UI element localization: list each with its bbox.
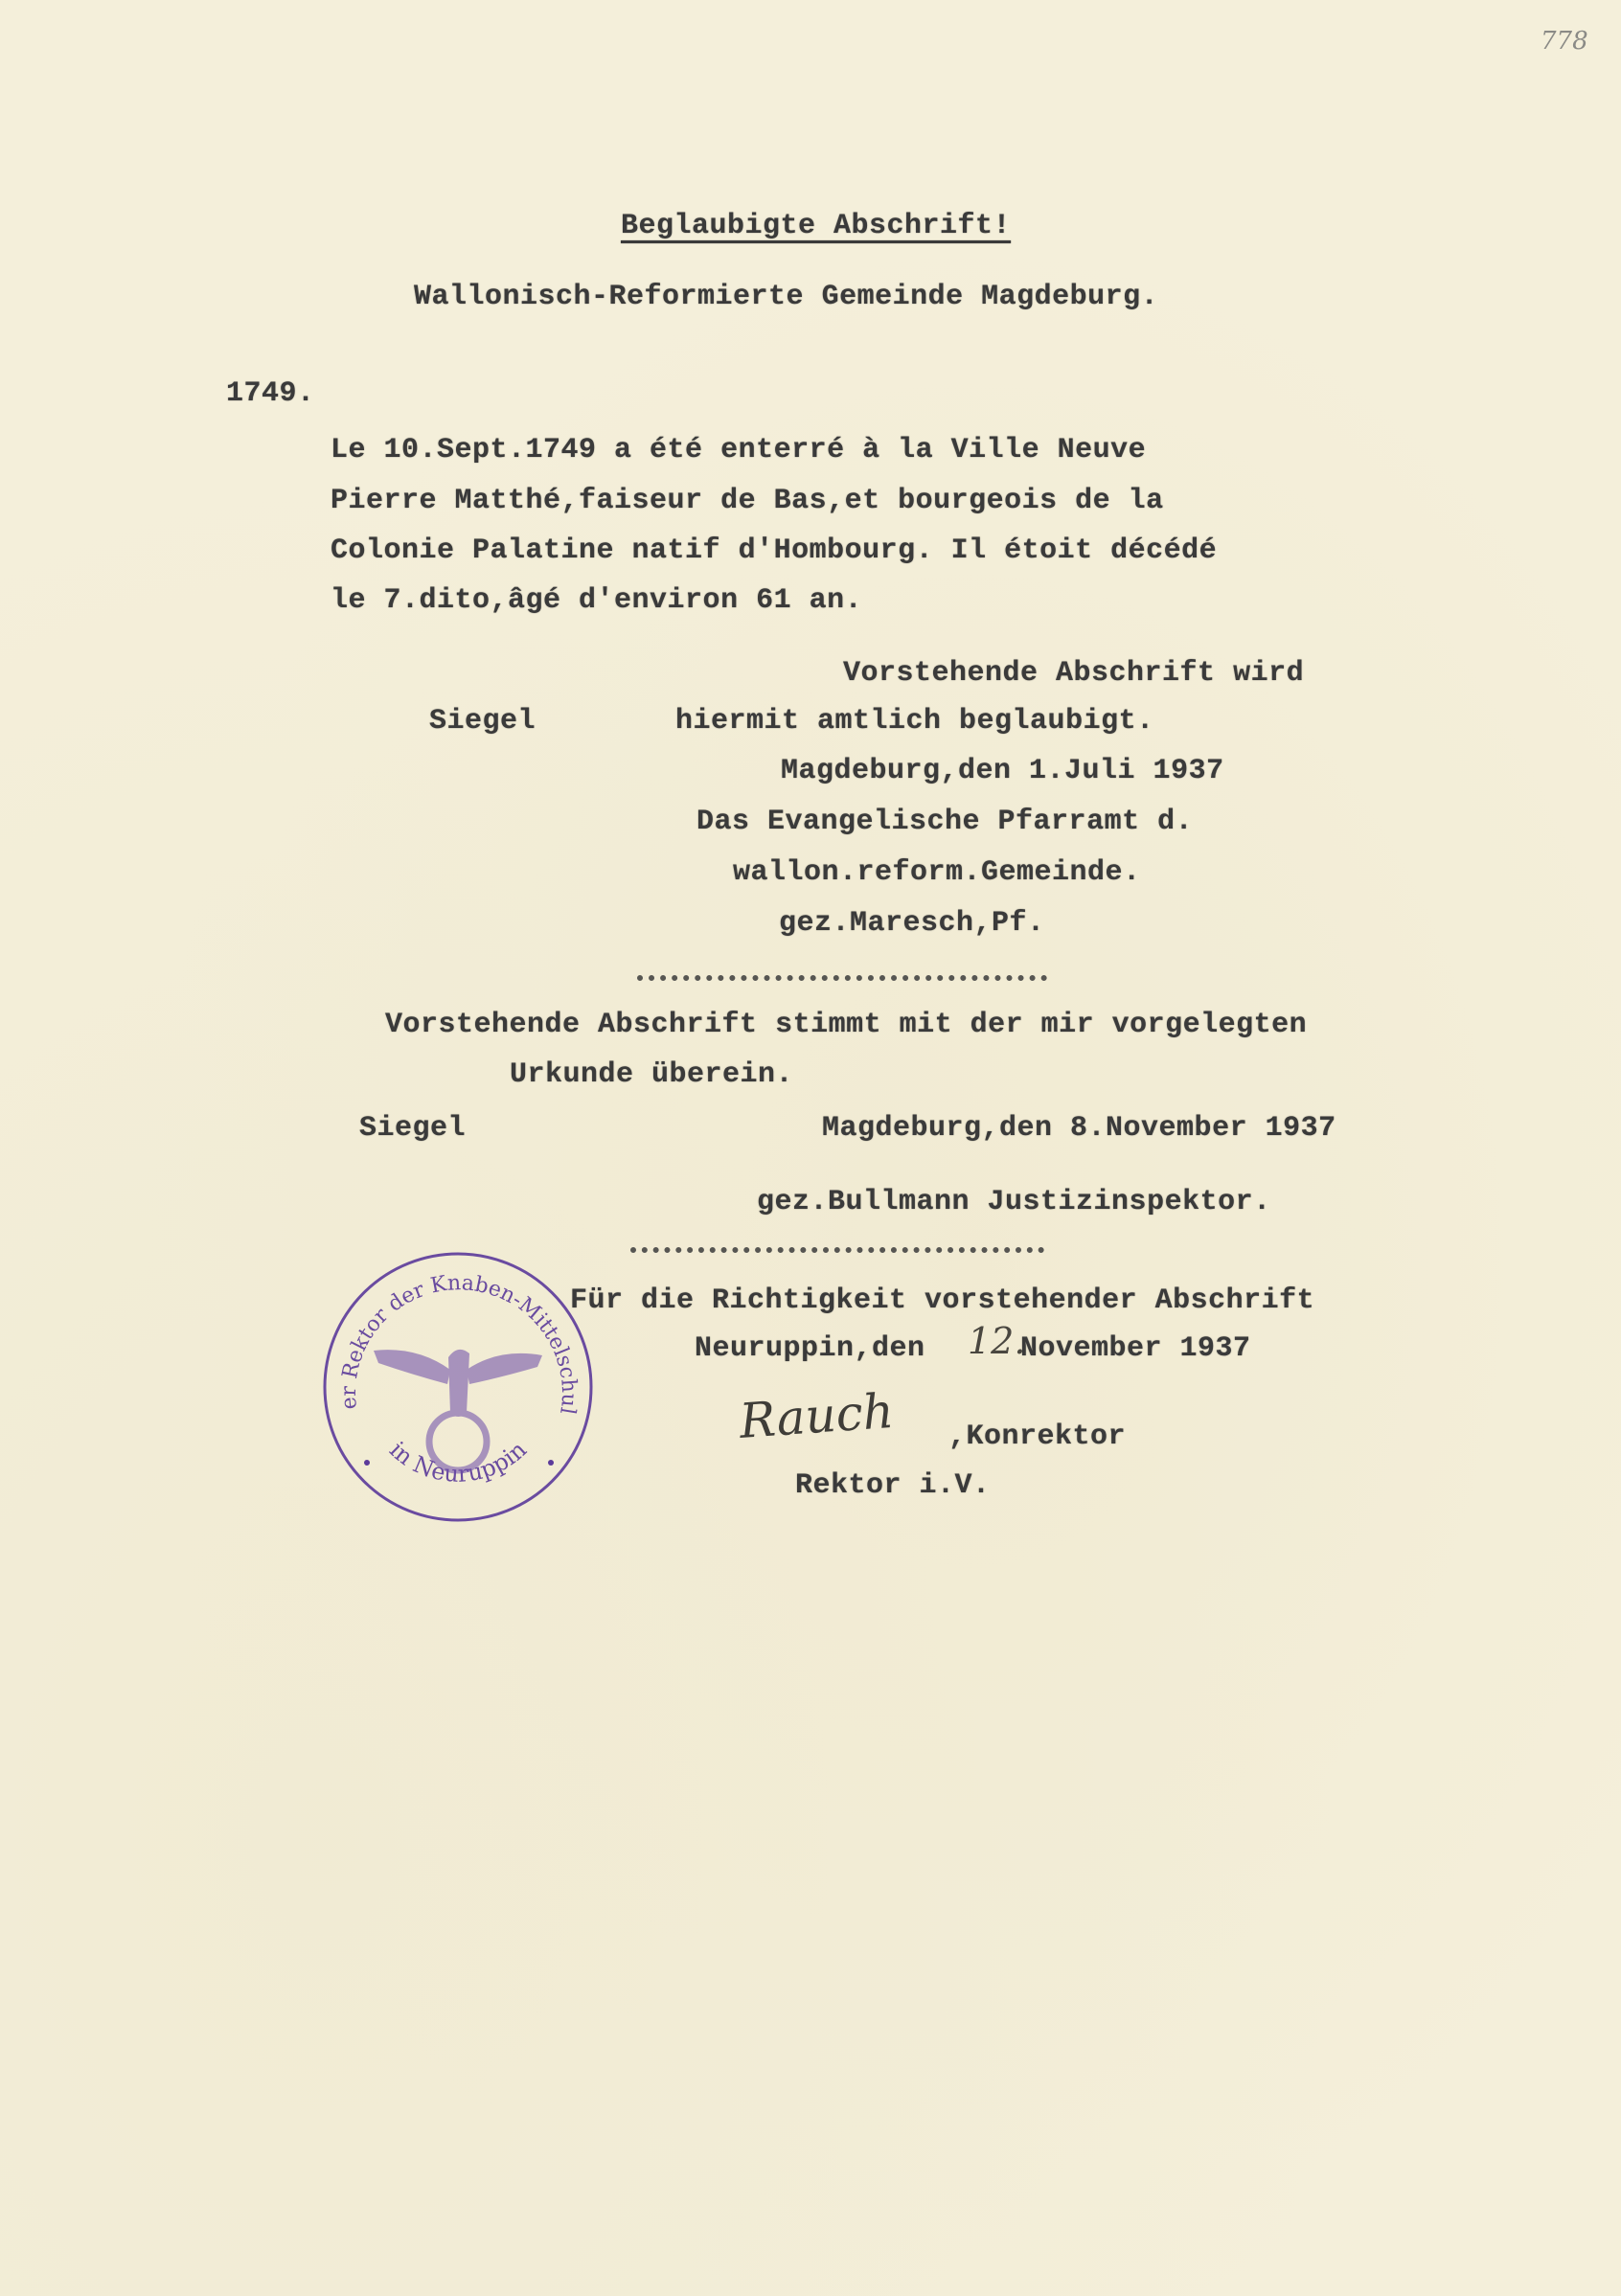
entry-line: Pierre Matthé,faiseur de Bas,et bourgeoi… bbox=[331, 484, 1164, 518]
stamp-seal-icon: Der Rektor der Knaben-Mittelschule in Ne… bbox=[321, 1250, 595, 1524]
cert2-place-date: Magdeburg,den 8.November 1937 bbox=[822, 1111, 1336, 1146]
cert1-place-date: Magdeburg,den 1.Juli 1937 bbox=[781, 754, 1224, 788]
cert1-office-1: Das Evangelische Pfarramt d. bbox=[696, 805, 1193, 839]
cert2-line-1: Vorstehende Abschrift stimmt mit der mir… bbox=[385, 1008, 1307, 1042]
entry-line: le 7.dito,âgé d'environ 61 an. bbox=[331, 583, 862, 618]
cert1-signed: gez.Maresch,Pf. bbox=[779, 906, 1045, 941]
year-heading: 1749. bbox=[226, 376, 315, 411]
separator-line bbox=[637, 975, 1047, 981]
entry-line: Colonie Palatine natif d'Hombourg. Il ét… bbox=[331, 534, 1217, 568]
handwritten-day: 12. bbox=[968, 1320, 1025, 1362]
document-title: Beglaubigte Abschrift! bbox=[621, 209, 1011, 243]
official-stamp: Der Rektor der Knaben-Mittelschule in Ne… bbox=[321, 1250, 595, 1524]
cert3-line-1: Für die Richtigkeit vorstehender Abschri… bbox=[570, 1284, 1314, 1318]
entry-line: Le 10.Sept.1749 a été enterré à la Ville… bbox=[331, 433, 1146, 467]
page-number: 778 bbox=[1541, 27, 1588, 56]
seal-label: Siegel bbox=[359, 1111, 466, 1146]
cert3-place-suffix: November 1937 bbox=[1020, 1331, 1251, 1366]
cert3-role-2: Rektor i.V. bbox=[795, 1468, 991, 1503]
cert1-line-2: hiermit amtlich beglaubigt. bbox=[675, 704, 1154, 739]
separator-line bbox=[630, 1247, 1044, 1253]
handwritten-signature: Rauch bbox=[738, 1383, 896, 1449]
stamp-bottom-text: in Neuruppin bbox=[384, 1436, 532, 1488]
svg-text:in Neuruppin: in Neuruppin bbox=[384, 1436, 532, 1488]
cert2-line-2: Urkunde überein. bbox=[510, 1057, 793, 1092]
paper-background bbox=[0, 0, 1621, 2296]
cert3-role: ,Konrektor bbox=[948, 1420, 1126, 1454]
cert3-place-prefix: Neuruppin,den bbox=[695, 1331, 925, 1366]
cert1-office-2: wallon.reform.Gemeinde. bbox=[733, 855, 1141, 890]
cert1-line-1: Vorstehende Abschrift wird bbox=[843, 656, 1304, 691]
seal-label: Siegel bbox=[429, 704, 536, 739]
document-subtitle: Wallonisch-Reformierte Gemeinde Magdebur… bbox=[414, 280, 1158, 314]
cert2-signed: gez.Bullmann Justizinspektor. bbox=[757, 1185, 1271, 1219]
